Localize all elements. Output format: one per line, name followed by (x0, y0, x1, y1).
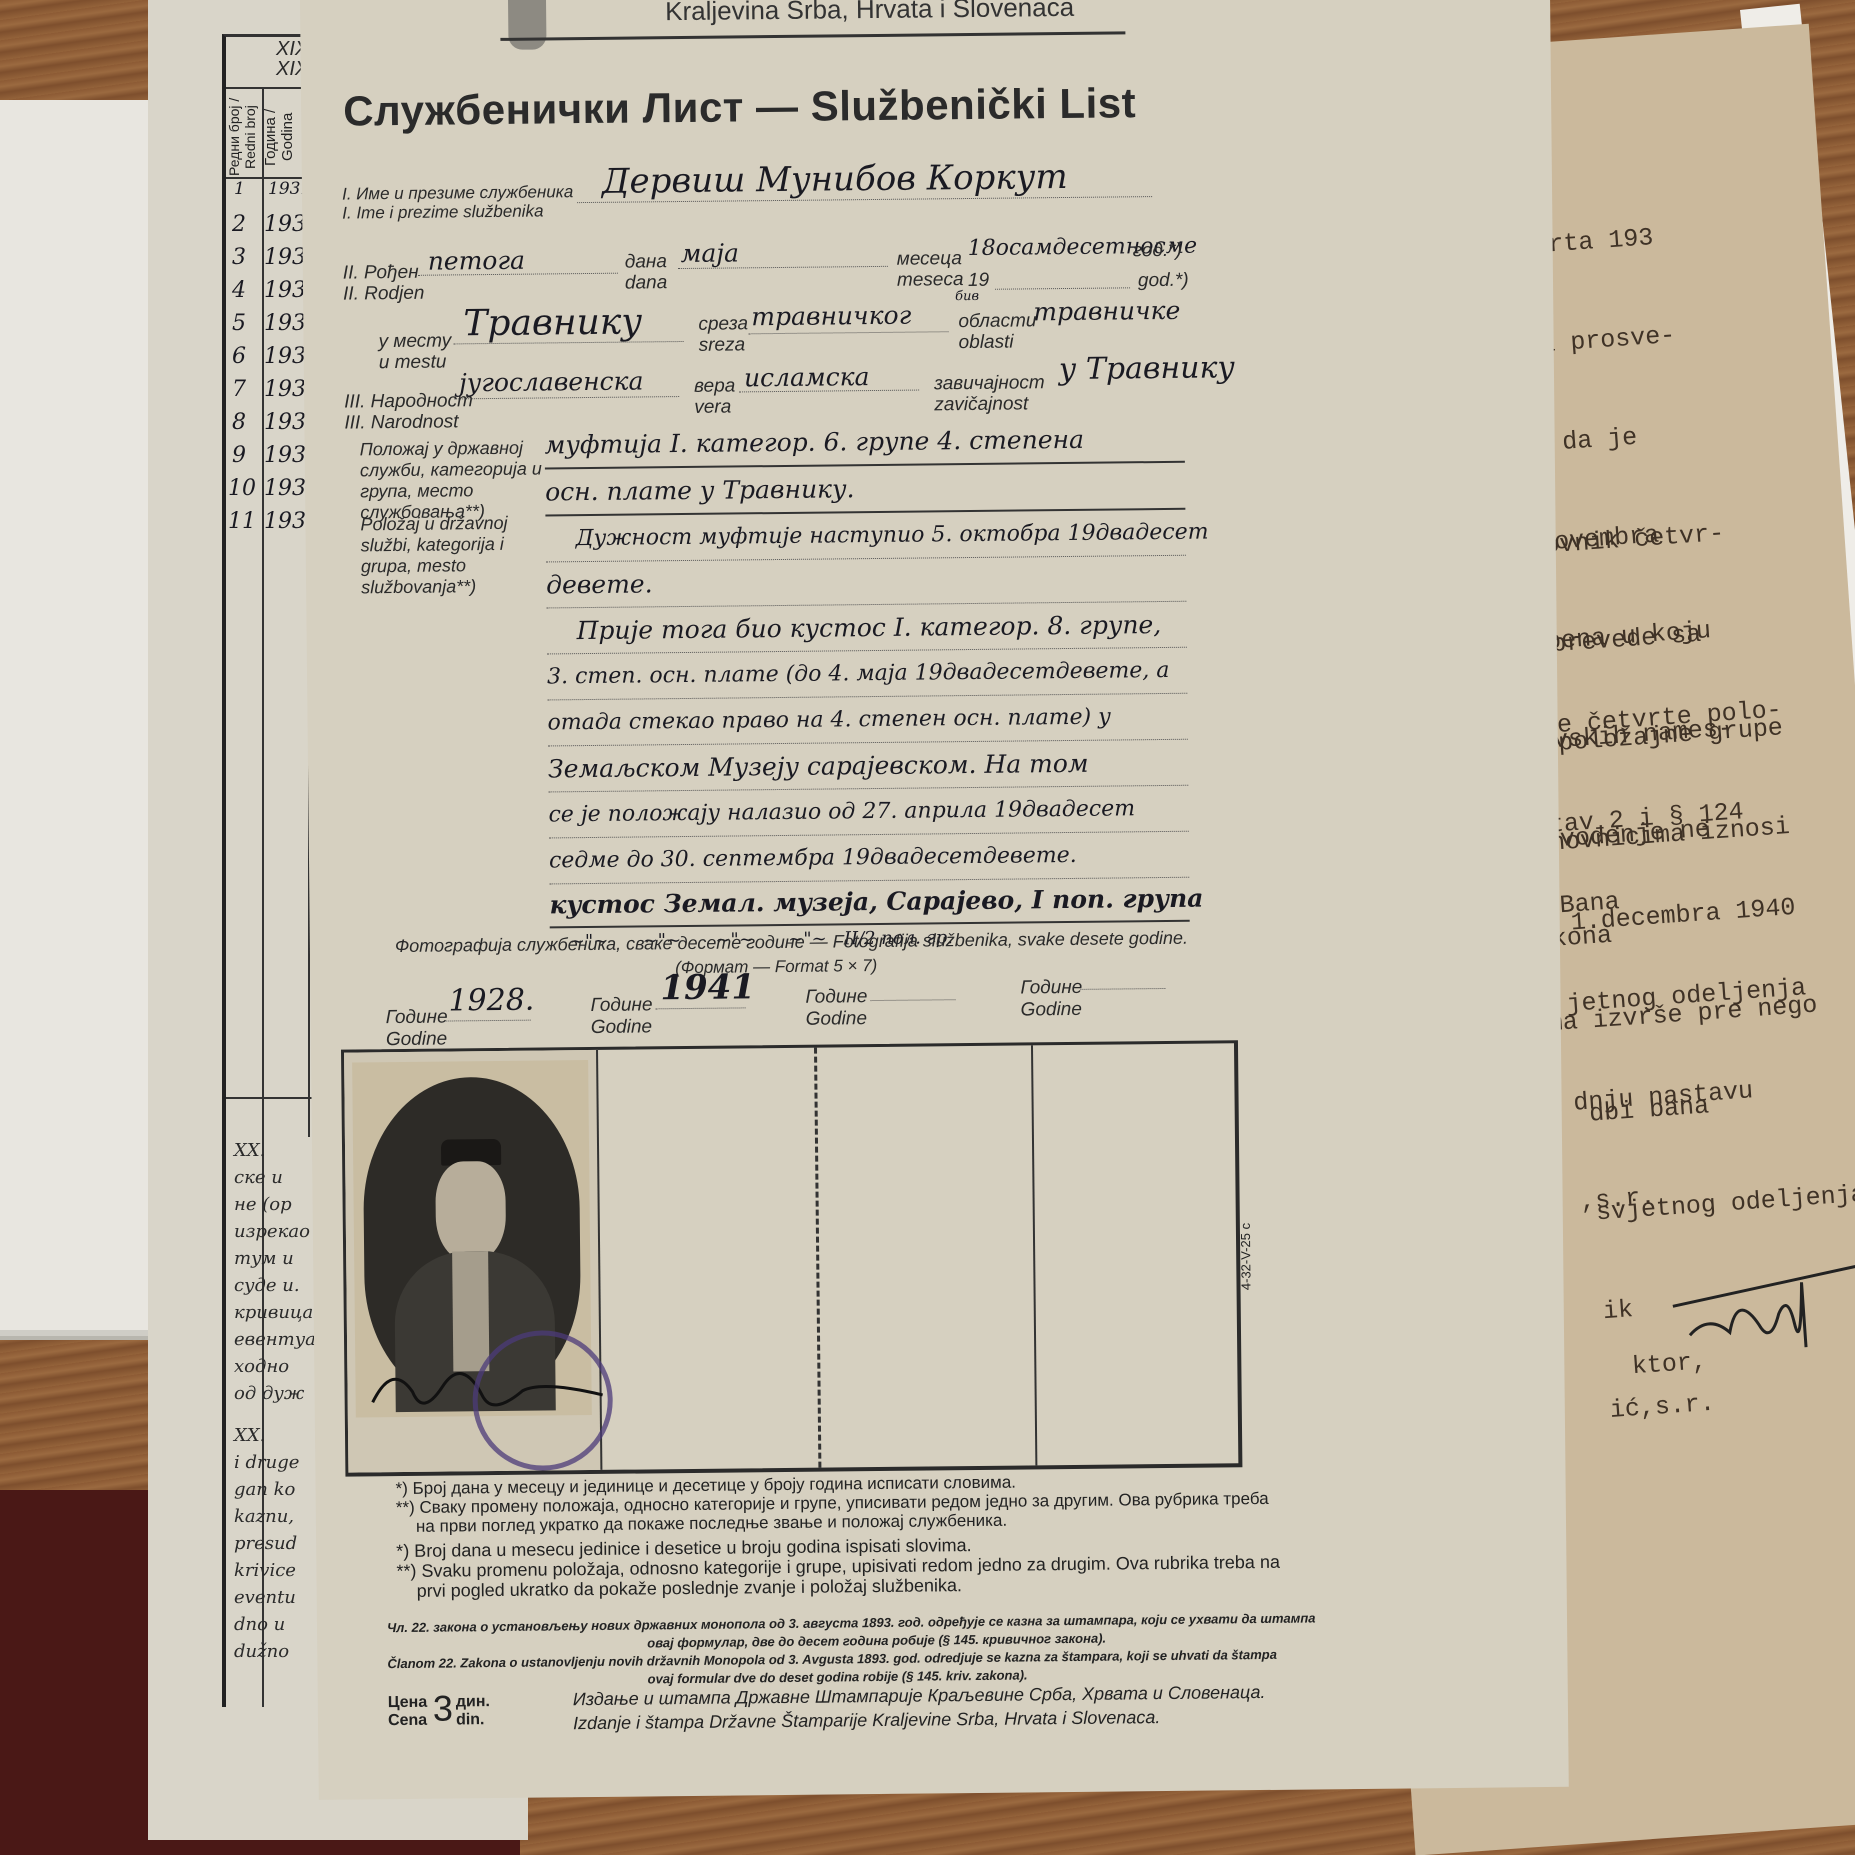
position-line: Дужност муфтије наступио 5. октобра 19дв… (545, 510, 1185, 563)
region-field: травничке (1033, 296, 1180, 327)
nationality-field: југославенска (459, 366, 644, 397)
section-xx-cyr: XX.ске ине (оризрекаотум исуде и.кривица… (234, 1137, 316, 1407)
photo-year-4: ГодинеGodine (1020, 977, 1082, 1022)
region-prefix: бив (955, 289, 979, 304)
photo-year-2-value: 1941 (660, 967, 755, 1008)
position-label-cyr: Положај у државној служби, категорија и … (360, 437, 551, 523)
day-label: данаdana (625, 251, 668, 293)
footnotes-latin: *) Broj dana u mesecu jedinice i desetic… (396, 1532, 1280, 1601)
typed-line: dbi bana (1588, 1079, 1855, 1131)
white-book-stack (0, 100, 150, 1336)
typed-line: svjetnog odeljenja (1595, 1178, 1855, 1230)
born-month-field: маја (681, 238, 740, 268)
position-line: девете. (546, 556, 1186, 609)
official-stamp (472, 1330, 613, 1471)
employee-name-field: Дервиш Мунибов Коркут (602, 157, 1068, 202)
portrait-face (435, 1161, 506, 1262)
form-code: 4-32-V-25 с (1238, 1223, 1254, 1290)
price-unit: дин.din. (456, 1693, 490, 1729)
position-line: осн. плате у Травнику. (545, 463, 1185, 517)
typed-line: jetnog odeljenja (1565, 971, 1807, 1021)
price-amount: 3 (433, 1688, 453, 1728)
typed-line: ice četvrte polo- (1526, 692, 1798, 744)
photo-year-2: ГодинеGodine (590, 994, 652, 1039)
position-line: Прије тога био кустос I. категор. 8. гру… (546, 602, 1186, 655)
photo-year-1: ГодинеGodine (386, 1007, 448, 1052)
photo-slot-4 (1031, 1043, 1235, 1465)
position-label-lat: Položaj u državnoj službi, kategorija i … (360, 512, 551, 598)
typed-line: Bana (1559, 873, 1801, 923)
position-line: седме до 30. септембра 19двадесетдевете. (549, 832, 1189, 885)
typed-block-bana2: dbi bana svjetnog odeljenja ik ić,s.r. (1584, 1013, 1855, 1493)
section-xx-lat: XX.i drugegan kokaznu,presudkriviceevent… (234, 1422, 299, 1665)
sluzbenicki-list-document: Kraljevina Srba, Hrvata i Slovenaca Служ… (300, 0, 1569, 1800)
year-prefix-lat: 19 (968, 271, 989, 290)
position-line: отада стекао право на 4. степен осн. пла… (547, 694, 1187, 747)
place-label: у местуu mestu (378, 330, 451, 373)
nationality-label: III. НародностIII. Narodnost (344, 390, 473, 433)
domicile-field: у Травнику (1059, 350, 1235, 387)
name-label: I. Име и презиме службеникаI. Ime i prez… (342, 182, 574, 222)
footnotes-cyrillic: *) Број дана у месецу и јединице и десет… (395, 1470, 1268, 1536)
coat-of-arms-icon (508, 0, 547, 50)
born-day-field: петога (428, 246, 526, 276)
position-history: муфтија I. категор. 6. групе 4. степена … (544, 416, 1190, 957)
birthplace-field: Травнику (463, 301, 642, 344)
born-label: II. РођенII. Rodjen (343, 262, 425, 305)
year-label-lat: god.*) (1138, 271, 1189, 291)
publisher-imprint: Издање и штампа Државне Штампарије Краље… (573, 1680, 1266, 1735)
district-field: травничког (751, 301, 911, 332)
religion-label: вераvera (694, 375, 736, 417)
position-line: муфтија I. категор. 6. групе 4. степена (544, 416, 1184, 470)
position-line: Земаљском Музеју сарајевском. На том (548, 740, 1188, 793)
position-line: 3. степ. осн. плате (до 4. маја 19двадес… (547, 648, 1187, 701)
column-header-redni-broj: Редни број / Redni broj (226, 97, 262, 177)
district-label: срезаsreza (698, 313, 748, 356)
photo-year-1-value: 1928. (448, 983, 534, 1019)
position-line: кустос Земал. музеја, Сарајево, I поп. г… (549, 878, 1189, 929)
region-label: областиoblasti (958, 310, 1036, 353)
domicile-label: завичајностzavičajnost (934, 372, 1045, 415)
kingdom-header: Kraljevina Srba, Hrvata i Slovenaca (665, 0, 1074, 27)
year-label-cyr: год.*) (1133, 241, 1182, 261)
signature-icon (1665, 1251, 1855, 1356)
photo-year-3: ГодинеGodine (805, 986, 867, 1031)
law-notice: Чл. 22. закона о установљењу нових држав… (387, 1609, 1316, 1691)
month-label: месецаmeseca (897, 248, 964, 291)
photo-slot-1 (344, 1050, 602, 1473)
page-title: Службенички Лист — Službenički List (343, 79, 1136, 135)
religion-field: исламска (744, 362, 870, 392)
photo-grid (341, 1040, 1242, 1476)
position-line: се је положају налазио од 27. априла 19д… (548, 786, 1188, 839)
price-label: ЦенаCena (388, 1694, 428, 1730)
